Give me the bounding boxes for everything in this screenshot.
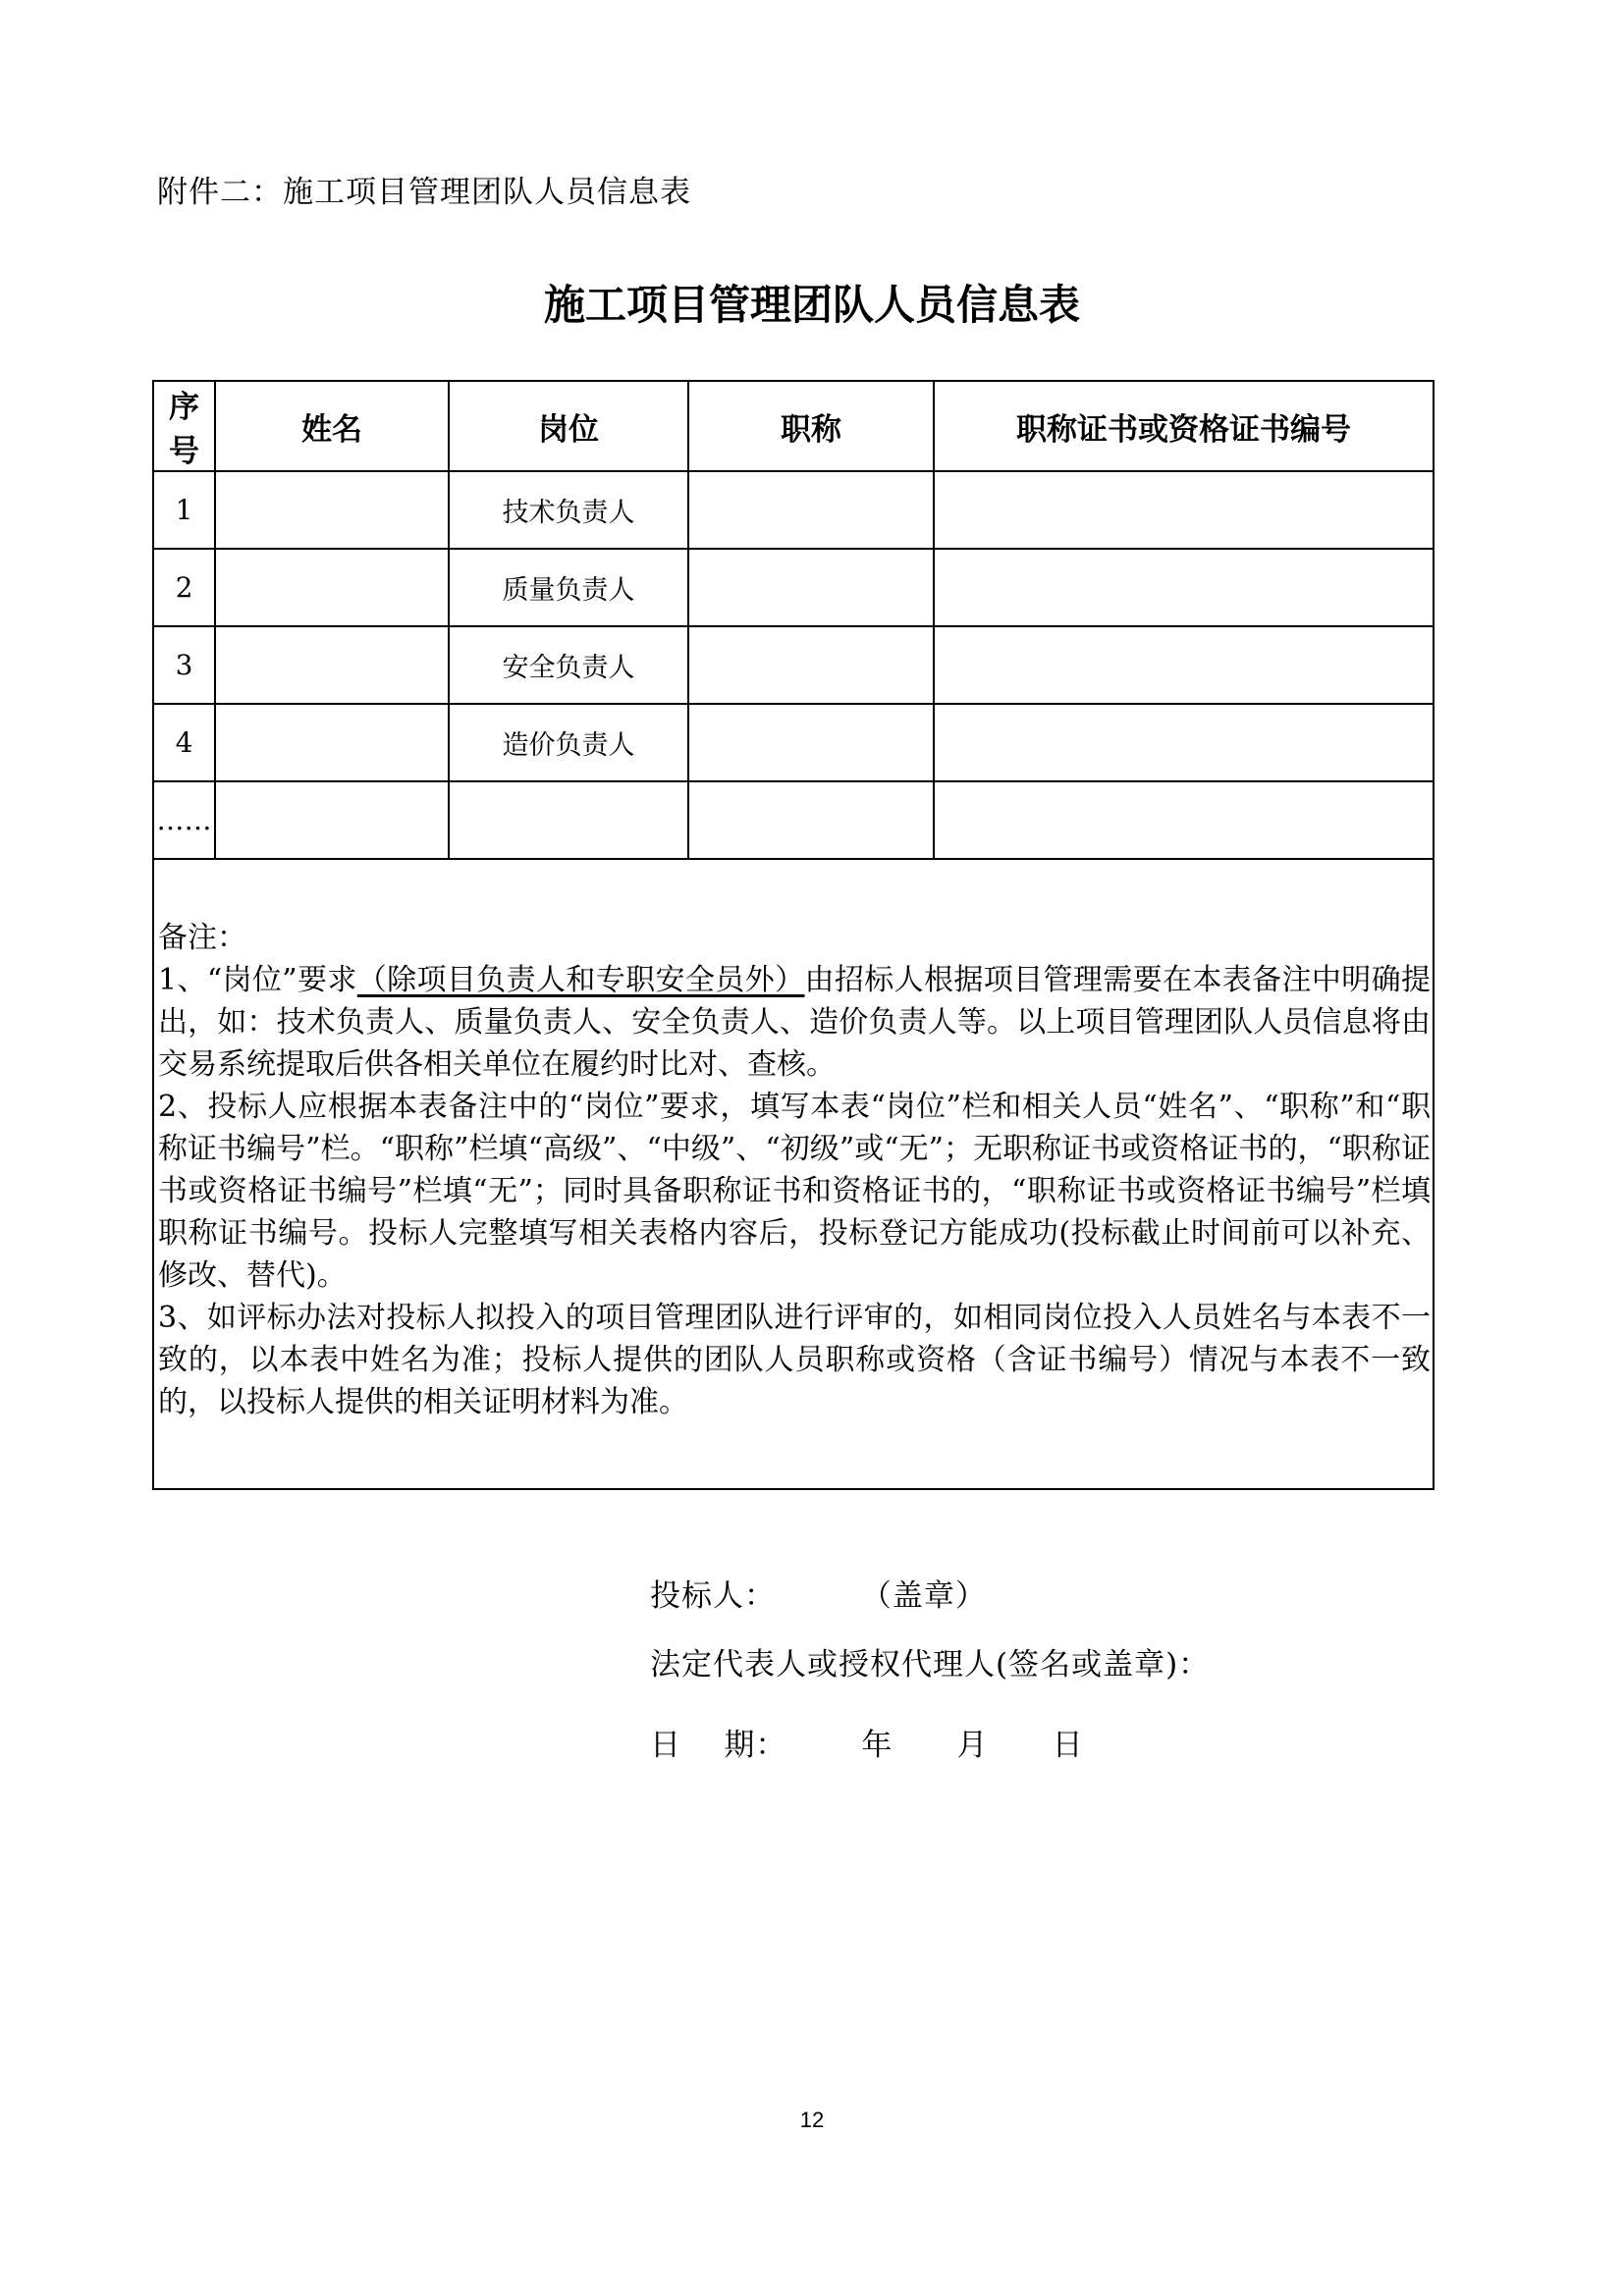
cell-index: 3	[153, 626, 215, 704]
attachment-label: 附件二：施工项目管理团队人员信息表	[157, 167, 691, 211]
page-title: 施工项目管理团队人员信息表	[0, 273, 1624, 332]
cell-cert-no[interactable]	[934, 549, 1434, 626]
cell-title[interactable]	[688, 549, 934, 626]
note-item-1: 1、“岗位”要求（除项目负责人和专职安全员外）由招标人根据项目管理需要在本表备注…	[158, 959, 1431, 1086]
notes-row: 备注： 1、“岗位”要求（除项目负责人和专职安全员外）由招标人根据项目管理需要在…	[153, 859, 1434, 1489]
header-index: 序号	[153, 381, 215, 471]
table-row: 1 技术负责人	[153, 471, 1434, 549]
cell-position: 造价负责人	[449, 704, 688, 781]
cell-cert-no[interactable]	[934, 471, 1434, 549]
note-item-2: 2、投标人应根据本表备注中的“岗位”要求，填写本表“岗位”栏和相关人员“姓名”、…	[158, 1086, 1431, 1297]
cell-cert-no[interactable]	[934, 626, 1434, 704]
header-name: 姓名	[215, 381, 449, 471]
note-item-3: 3、如评标办法对投标人拟投入的项目管理团队进行评审的，如相同岗位投入人员姓名与本…	[158, 1297, 1431, 1423]
cell-position: 技术负责人	[449, 471, 688, 549]
cell-position[interactable]	[449, 781, 688, 859]
table-row: 2 质量负责人	[153, 549, 1434, 626]
header-position: 岗位	[449, 381, 688, 471]
legal-rep-line: 法定代表人或授权代理人(签名或盖章)：	[650, 1639, 1210, 1683]
notes-cell: 备注： 1、“岗位”要求（除项目负责人和专职安全员外）由招标人根据项目管理需要在…	[153, 859, 1434, 1489]
cell-index: 1	[153, 471, 215, 549]
cell-index: 4	[153, 704, 215, 781]
page-number: 12	[0, 2108, 1624, 2133]
header-title: 职称	[688, 381, 934, 471]
cell-title[interactable]	[688, 704, 934, 781]
table-row: 3 安全负责人	[153, 626, 1434, 704]
notes-block: 备注： 1、“岗位”要求（除项目负责人和专职安全员外）由招标人根据项目管理需要在…	[154, 860, 1433, 1423]
notes-heading: 备注：	[158, 917, 1431, 959]
cell-position: 质量负责人	[449, 549, 688, 626]
table-header-row: 序号 姓名 岗位 职称 职称证书或资格证书编号	[153, 381, 1434, 471]
note-1-underlined: （除项目负责人和专职安全员外）	[357, 963, 805, 997]
table-row: 4 造价负责人	[153, 704, 1434, 781]
cell-name[interactable]	[215, 471, 449, 549]
cell-title[interactable]	[688, 781, 934, 859]
bidder-seal-line: 投标人： （盖章）	[650, 1571, 987, 1615]
cell-cert-no[interactable]	[934, 781, 1434, 859]
cell-name[interactable]	[215, 626, 449, 704]
cell-cert-no[interactable]	[934, 704, 1434, 781]
personnel-table: 序号 姓名 岗位 职称 职称证书或资格证书编号 1 技术负责人 2 质量负责人 …	[152, 380, 1435, 1490]
cell-name[interactable]	[215, 781, 449, 859]
cell-title[interactable]	[688, 626, 934, 704]
cell-index: 2	[153, 549, 215, 626]
note-1-prefix: 1、“岗位”要求	[158, 963, 357, 997]
cell-name[interactable]	[215, 549, 449, 626]
cell-index: ……	[153, 781, 215, 859]
table-row: ……	[153, 781, 1434, 859]
cell-position: 安全负责人	[449, 626, 688, 704]
header-cert-no: 职称证书或资格证书编号	[934, 381, 1434, 471]
cell-title[interactable]	[688, 471, 934, 549]
date-line: 日 期： 年 月 日	[650, 1720, 1084, 1764]
cell-name[interactable]	[215, 704, 449, 781]
